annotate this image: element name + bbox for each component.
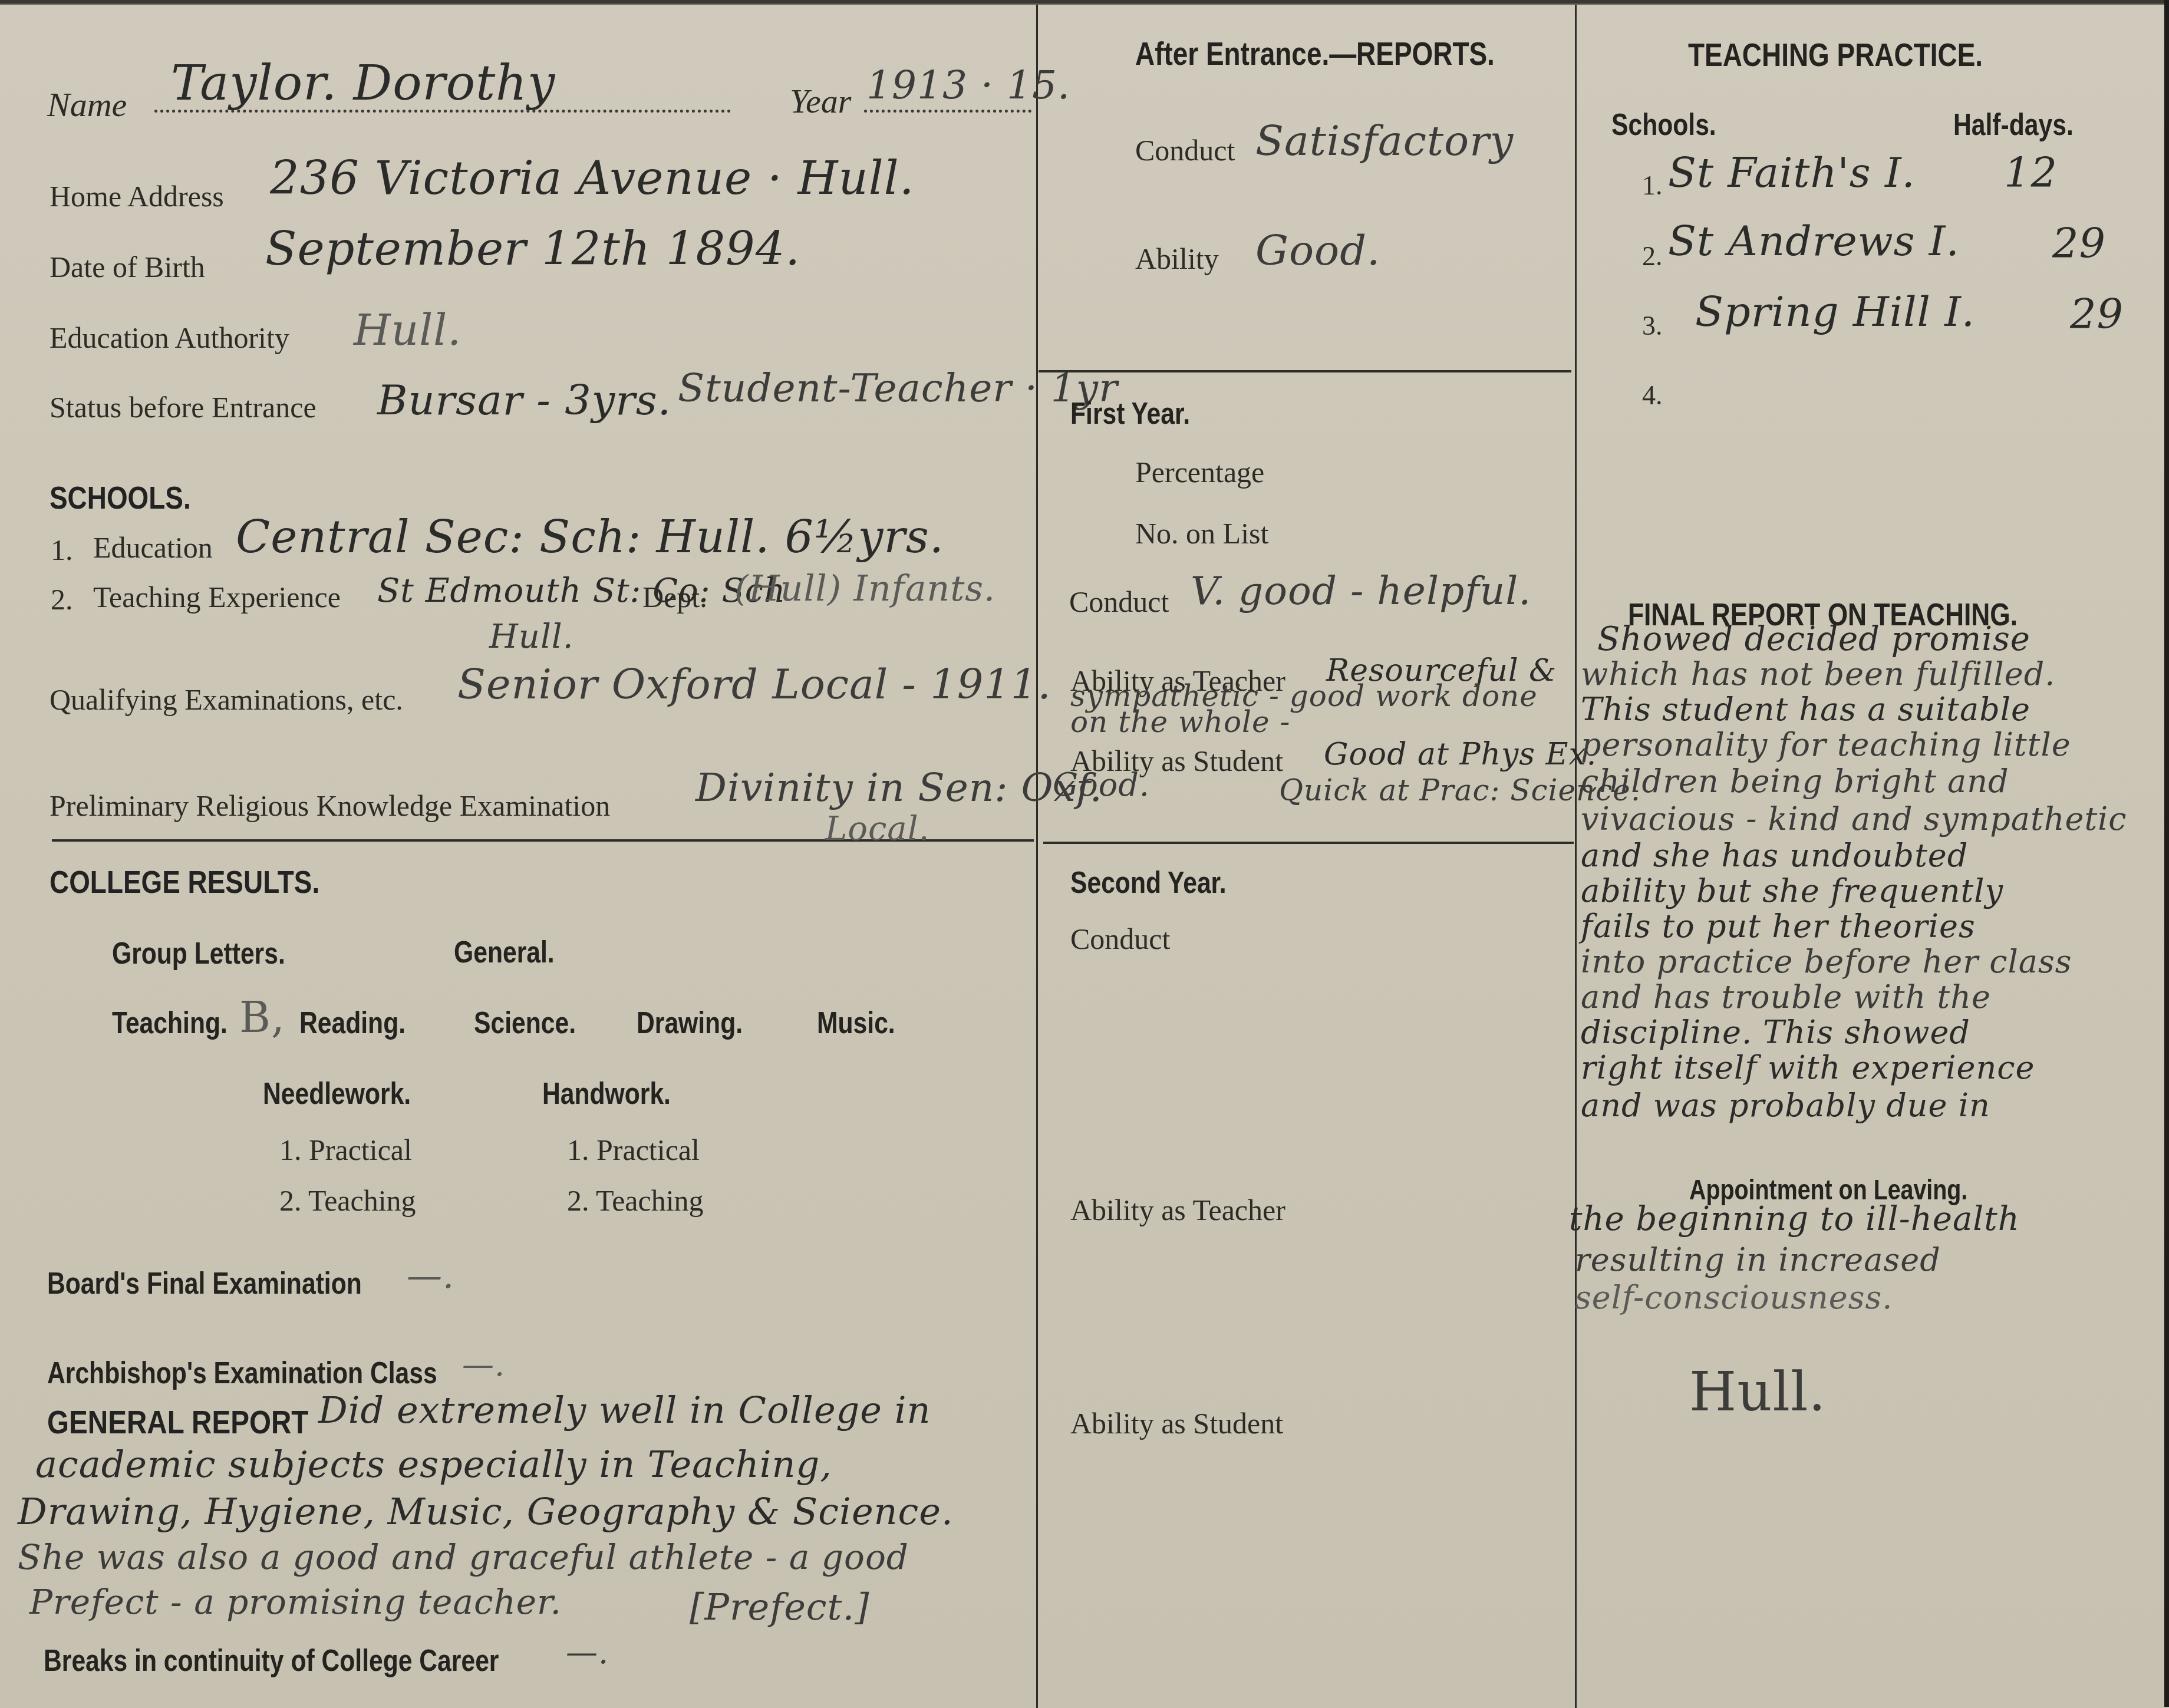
needlework-practical: 1. Practical: [279, 1133, 412, 1167]
dob-label: Date of Birth: [50, 250, 205, 284]
first-year-ability-teacher-line-3: on the whole -: [1070, 705, 1290, 739]
practice-row-2-school: St Andrews I.: [1668, 217, 1960, 265]
general-report-label: GENERAL REPORT: [47, 1403, 308, 1441]
religious-exam-label: Preliminary Religious Knowledge Examinat…: [50, 789, 610, 823]
first-year-title: First Year.: [1070, 396, 1190, 431]
drawing-label: Drawing.: [637, 1005, 743, 1041]
boards-final-label: Board's Final Examination: [47, 1266, 362, 1301]
final-report-line: which has not been fulfilled.: [1581, 655, 2055, 693]
teaching-experience-value: St Edmouth St: Co: Sch: [377, 572, 786, 610]
column-divider-left: [1036, 5, 1038, 1707]
schools-header: Schools.: [1611, 107, 1716, 143]
final-report-line: and she has undoubted: [1581, 837, 1968, 874]
practice-row-1-school: St Faith's I.: [1668, 149, 1916, 197]
year-dotted-line: [864, 110, 1031, 113]
second-year-ability-student-label: Ability as Student: [1070, 1406, 1283, 1440]
science-label: Science.: [474, 1005, 576, 1041]
education-label: Education: [93, 530, 213, 565]
practice-row-2-half-days: 29: [2052, 219, 2106, 268]
reports-conduct-label: Conduct: [1135, 133, 1235, 167]
rule-reports: [1039, 370, 1571, 372]
education-number: 1.: [51, 533, 73, 567]
appointment-title: Appointment on Leaving.: [1689, 1174, 1967, 1206]
name-label: Name: [47, 85, 127, 124]
dept-label: Dept.: [642, 580, 707, 614]
religious-exam-value: Divinity in Sen: Oxf.: [695, 765, 1103, 810]
reports-ability-label: Ability: [1135, 242, 1219, 276]
education-value: Central Sec: Sch: Hull. 6½yrs.: [236, 510, 944, 563]
practice-row-4-number: 4.: [1642, 380, 1663, 411]
final-report-line: and was probably due in: [1581, 1087, 1990, 1124]
final-report-line: discipline. This showed: [1581, 1014, 1970, 1051]
archbishop-exam-label: Archbishop's Examination Class: [47, 1356, 437, 1391]
breaks-value: —.: [566, 1634, 609, 1671]
second-year-ability-teacher-label: Ability as Teacher: [1070, 1193, 1285, 1227]
qualifying-exams-value: Senior Oxford Local - 1911.: [457, 660, 1051, 708]
final-report-line: resulting in increased: [1575, 1241, 1941, 1278]
rule-first-year: [1043, 842, 1574, 844]
appointment-value: Hull.: [1689, 1360, 1827, 1423]
final-report-line: personality for teaching little: [1581, 726, 2071, 763]
teaching-experience-number: 2.: [51, 582, 73, 616]
final-report-line: self-consciousness.: [1575, 1279, 1893, 1316]
education-authority-value: Hull.: [354, 305, 462, 355]
student-record-card: Name Taylor. Dorothy Year 1913 · 15. Hom…: [0, 4, 2164, 1707]
qualifying-exams-label: Qualifying Examinations, etc.: [50, 682, 403, 717]
general-report-line-3: Drawing, Hygiene, Music, Geography & Sci…: [18, 1490, 954, 1533]
college-results-title: COLLEGE RESULTS.: [50, 864, 319, 901]
teaching-experience-label: Teaching Experience: [93, 580, 341, 614]
dob-value: September 12th 1894.: [265, 223, 800, 276]
first-year-percentage-label: Percentage: [1135, 455, 1264, 489]
home-address-value: 236 Victoria Avenue · Hull.: [270, 152, 914, 205]
half-days-header: Half-days.: [1953, 107, 2074, 143]
final-report-line: This student has a suitable: [1581, 691, 2030, 728]
practice-row-2-number: 2.: [1642, 240, 1663, 272]
general-report-line-4: She was also a good and graceful athlete…: [18, 1537, 909, 1577]
general-report-line-1: Did extremely well in College in: [318, 1389, 931, 1432]
dept-value: (Hull) Infants.: [734, 568, 996, 609]
first-year-ability-student-extra: Good.: [1053, 766, 1150, 803]
status-label: Status before Entrance: [50, 390, 317, 424]
status-value-bursar: Bursar - 3yrs.: [377, 376, 671, 424]
general-report-line-2: academic subjects especially in Teaching…: [35, 1443, 832, 1486]
status-value-student-teacher: Student-Teacher · 1yr: [678, 365, 1118, 411]
teaching-group-value: B,: [239, 993, 285, 1042]
practice-row-1-number: 1.: [1642, 170, 1663, 201]
column-divider-right: [1575, 5, 1577, 1707]
final-report-line: Showed decided promise: [1597, 620, 2030, 658]
teaching-practice-title: TEACHING PRACTICE.: [1688, 35, 1983, 74]
music-label: Music.: [817, 1005, 895, 1041]
year-value: 1913 · 15.: [866, 62, 1070, 108]
general-report-line-5: Prefect - a promising teacher.: [29, 1582, 562, 1622]
home-address-label: Home Address: [50, 179, 224, 213]
practice-row-1-half-days: 12: [2004, 149, 2058, 197]
teaching-group-label: Teaching.: [112, 1005, 228, 1041]
handwork-label: Handwork.: [542, 1076, 671, 1112]
handwork-practical: 1. Practical: [567, 1133, 700, 1167]
card-right-edge: [2164, 0, 2169, 1707]
final-report-line: children being bright and: [1581, 763, 2009, 800]
second-year-conduct-label: Conduct: [1070, 922, 1170, 956]
final-report-line: into practice before her class: [1581, 943, 2072, 980]
reports-conduct-value: Satisfactory: [1255, 117, 1514, 165]
group-letters-label: Group Letters.: [112, 936, 285, 971]
education-authority-label: Education Authority: [50, 321, 289, 355]
reading-label: Reading.: [299, 1005, 406, 1041]
final-report-line: right itself with experience: [1581, 1049, 2035, 1086]
boards-final-value: —.: [407, 1255, 454, 1297]
name-value: Taylor. Dorothy: [171, 55, 555, 111]
first-year-ability-student-line-1: Good at Phys Ex.: [1324, 737, 1597, 772]
religious-exam-value-line2: Local.: [825, 810, 929, 848]
first-year-no-on-list-label: No. on List: [1135, 516, 1268, 550]
first-year-conduct-label: Conduct: [1069, 585, 1169, 619]
general-label: General.: [454, 935, 555, 970]
needlework-label: Needlework.: [263, 1076, 411, 1112]
handwork-teaching: 2. Teaching: [567, 1183, 704, 1218]
final-report-line: and has trouble with the: [1581, 978, 1991, 1015]
archbishop-exam-value: —.: [462, 1346, 505, 1383]
practice-row-3-half-days: 29: [2070, 290, 2124, 338]
final-report-line: ability but she frequently: [1581, 872, 2003, 909]
prefect-note: [Prefect.]: [690, 1585, 869, 1628]
final-report-line: fails to put her theories: [1581, 908, 1976, 945]
reports-title: After Entrance.—REPORTS.: [1135, 34, 1495, 72]
second-year-title: Second Year.: [1070, 865, 1227, 901]
final-report-line: vivacious - kind and sympathetic: [1581, 800, 2127, 837]
schools-title: SCHOOLS.: [50, 480, 191, 516]
needlework-teaching: 2. Teaching: [279, 1183, 416, 1218]
first-year-conduct-value: V. good - helpful.: [1191, 568, 1531, 614]
reports-ability-value: Good.: [1255, 226, 1380, 275]
breaks-label: Breaks in continuity of College Career: [44, 1643, 499, 1679]
practice-row-3-number: 3.: [1642, 310, 1663, 341]
year-label: Year: [790, 81, 851, 121]
practice-row-3-school: Spring Hill I.: [1695, 288, 1975, 336]
teaching-experience-value-line2: Hull.: [489, 618, 574, 656]
